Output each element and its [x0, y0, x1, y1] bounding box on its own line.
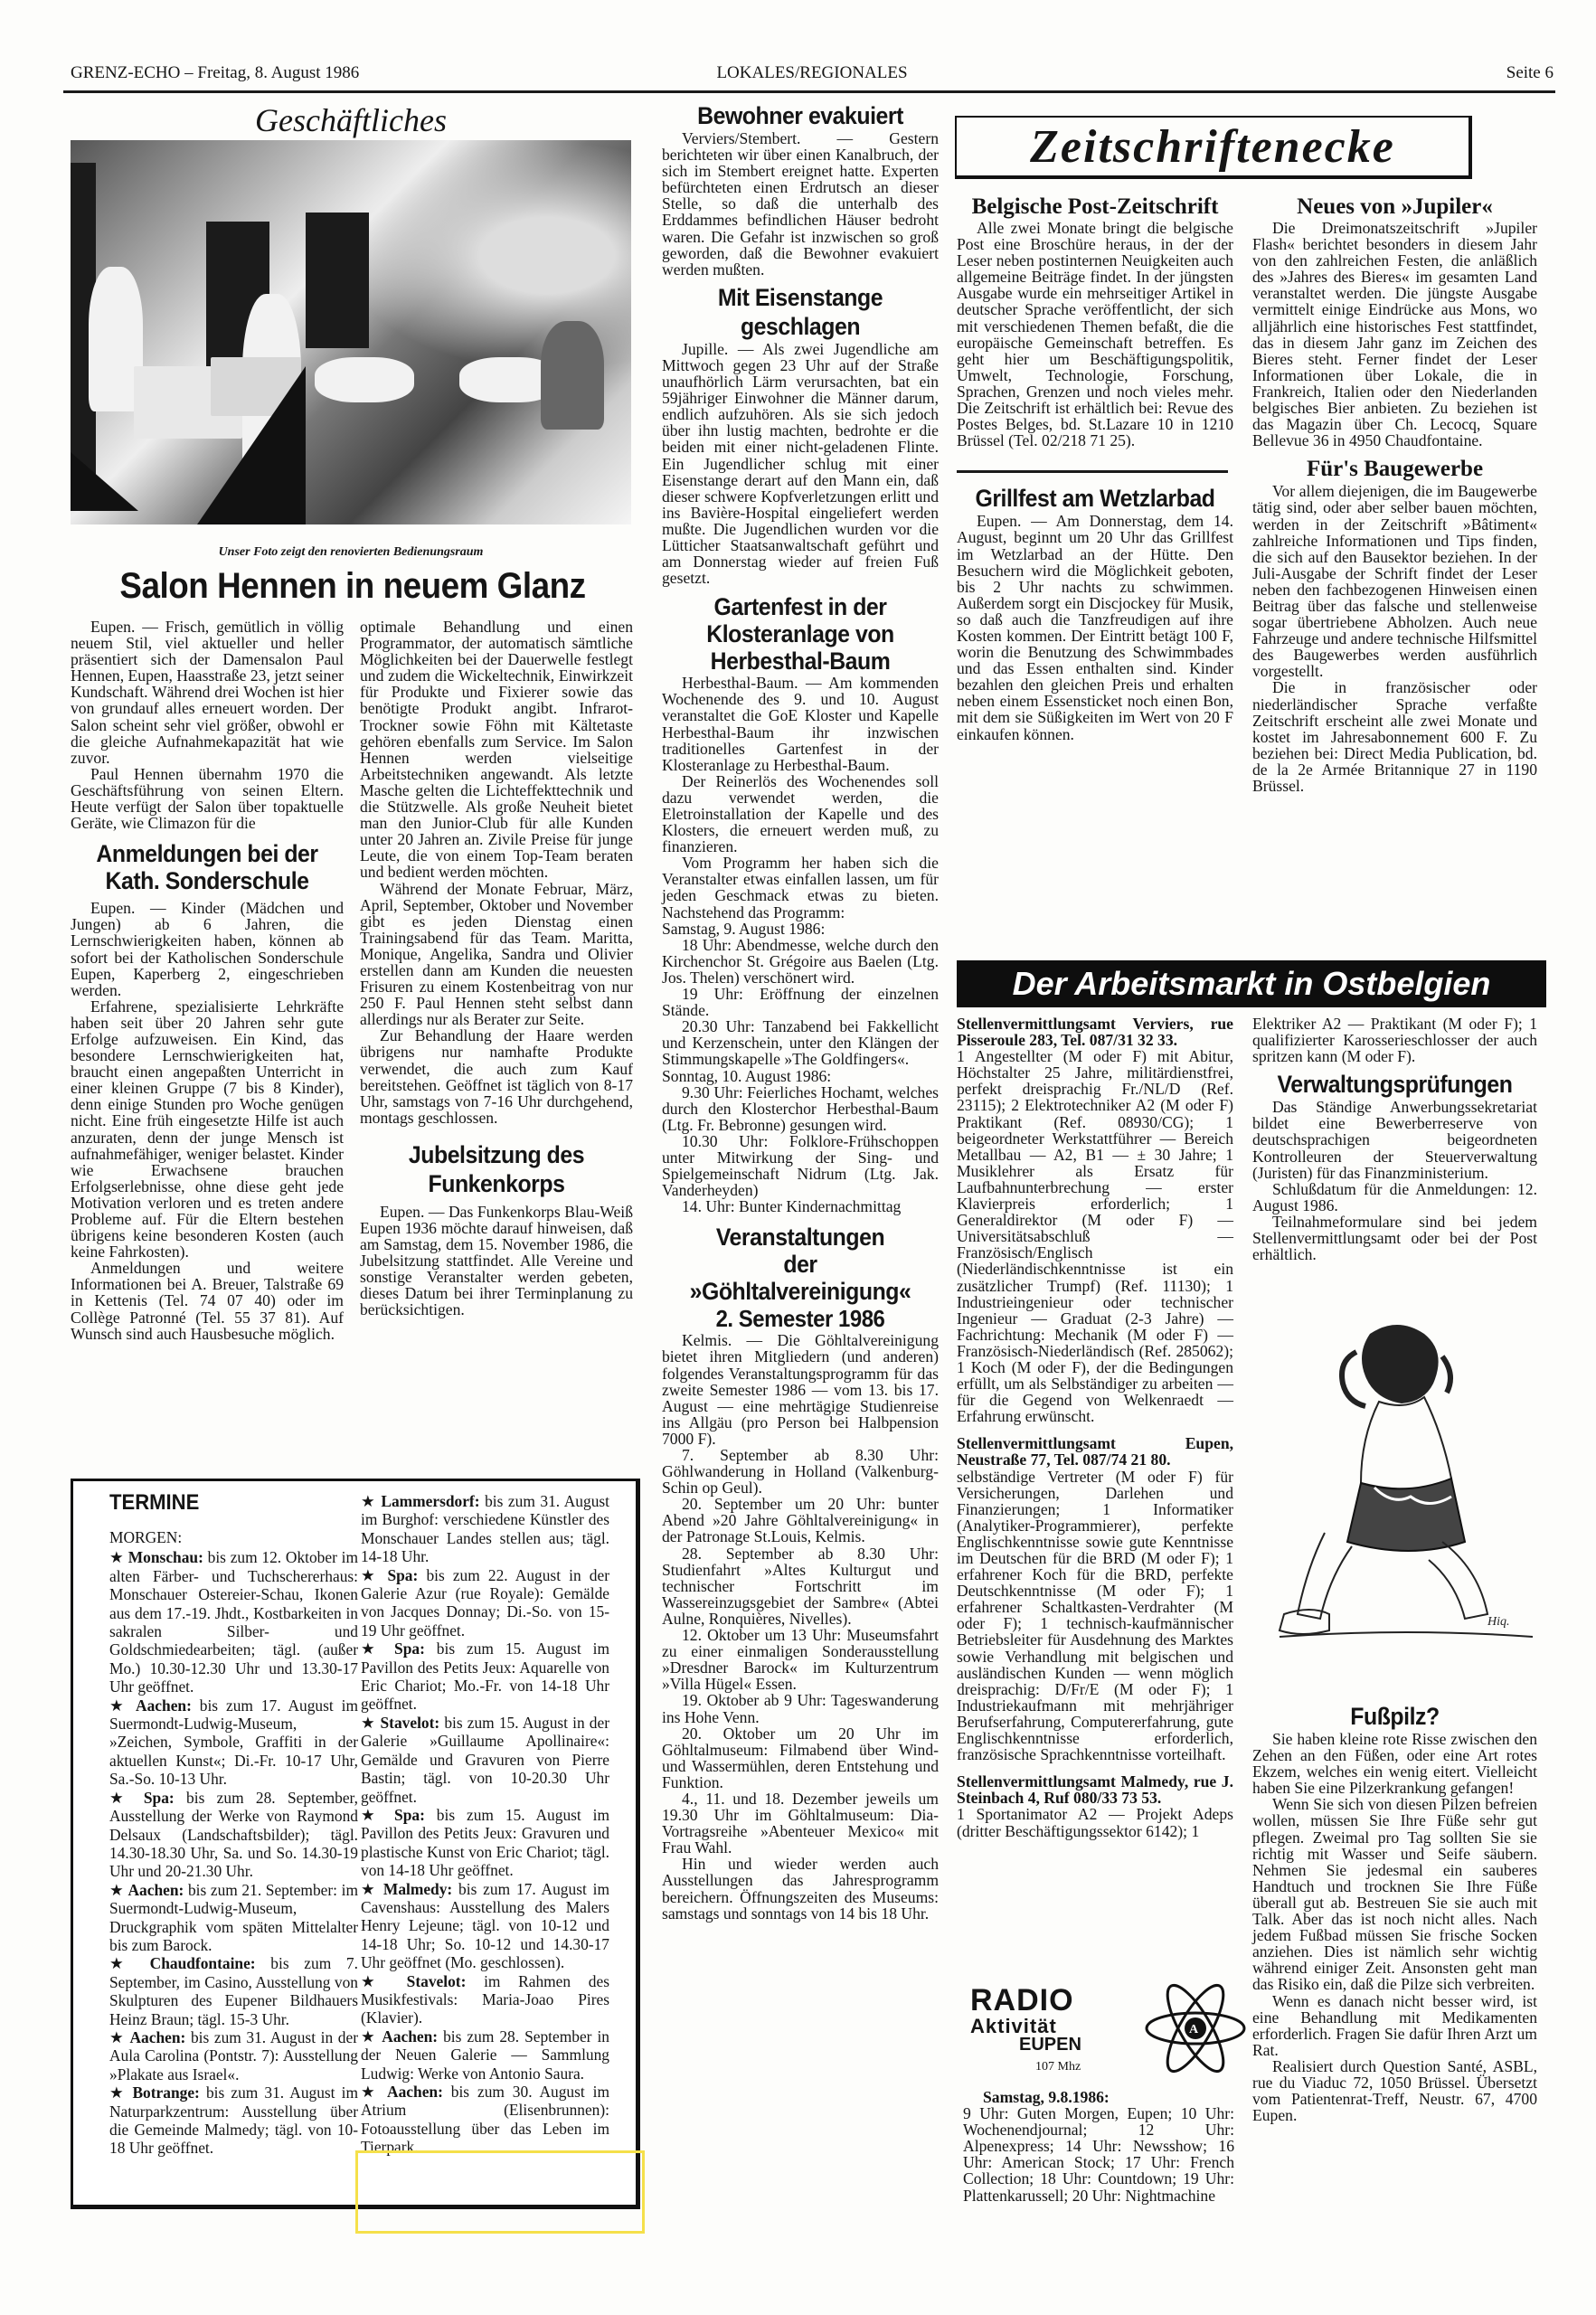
svg-text:A: A: [1189, 2023, 1199, 2036]
paragraph: 4., 11. und 18. Dezember jeweils um 19.3…: [662, 1791, 939, 1856]
job-list-continued: Elektriker A2 — Praktikant (M oder F); 1…: [1252, 1016, 1537, 1064]
paragraph: Die Dreimonatszeitschrift »Jupiler Flash…: [1252, 220, 1537, 449]
program-day: Sonntag, 10. August 1986:: [662, 1068, 939, 1084]
paragraph: 19. Oktober ab 9 Uhr: Tageswanderung ins…: [662, 1692, 939, 1724]
section-title-geschaeftliches: Geschäftliches: [71, 101, 631, 139]
termine-item-highlighted: ★ Aachen: bis zum 30. August im Atrium (…: [361, 2083, 609, 2157]
job-list-eupen: selbständige Vertreter (M oder F) für Ve…: [957, 1469, 1233, 1763]
termine-item: ★ Lammersdorf: bis zum 31. August im Bur…: [361, 1492, 609, 1566]
paragraph: Anmeldungen und weitere Informationen be…: [71, 1260, 344, 1341]
paragraph: Kelmis. — Die Göhltalvereinigung bietet …: [662, 1332, 939, 1447]
paragraph: 7. September ab 8.30 Uhr: Göhlwanderung …: [662, 1447, 939, 1496]
zeitschriftenecke-banner: Zeitschriftenecke: [955, 116, 1472, 179]
salon-article-left: Eupen. — Frisch, gemütlich in völlig neu…: [71, 619, 344, 1342]
job-list-malmedy: 1 Sportanimator A2 — Projekt Adeps (drit…: [957, 1806, 1233, 1838]
paragraph: Wenn Sie sich von diesen Pilzen befreien…: [1252, 1796, 1537, 1992]
masthead: GRENZ-ECHO – Freitag, 8. August 1986 LOK…: [71, 63, 1554, 89]
arbeitsmarkt-title: Der Arbeitsmarkt in Ostbelgien: [957, 960, 1546, 1007]
paragraph: Realisiert durch Question Santé, ASBL, r…: [1252, 2058, 1537, 2123]
office-heading-malmedy: Stellenvermittlungsamt Malmedy, rue J. S…: [957, 1773, 1233, 1806]
divider: [957, 470, 1228, 473]
radio-logo-line3: EUPEN: [1019, 2035, 1081, 2055]
termine-item: ★ Stavelot: bis zum 15. August in der Ga…: [361, 1714, 609, 1806]
masthead-rule: [63, 90, 1555, 93]
paragraph: Eupen. — Das Funkenkorps Blau-Weiß Eupen…: [360, 1204, 633, 1318]
column-4: Neues von »Jupiler« Die Dreimonatszeitsc…: [1252, 194, 1537, 794]
headline-sonderschule: Anmeldungen bei der Kath. Sonderschule: [81, 840, 333, 894]
headline-jupiler: Neues von »Jupiler«: [1252, 194, 1537, 220]
illustration-signature: Hiq.: [1487, 1615, 1510, 1629]
program-item: 19 Uhr: Eröffnung der einzelnen Stände.: [662, 986, 939, 1018]
headline-grillfest: Grillfest am Wetzlarbad: [968, 484, 1223, 513]
fusspilz-article: Fußpilz? Sie haben kleine rote Risse zwi…: [1252, 1702, 1537, 2123]
paragraph: Alle zwei Monate bringt die belgische Po…: [957, 220, 1233, 449]
zeitschriftenecke-title: Zeitschriftenecke: [957, 118, 1469, 177]
office-heading-eupen: Stellenvermittlungsamt Eupen, Neustraße …: [957, 1435, 1233, 1468]
termine-left-column: MORGEN: ★ Monschau: bis zum 12. Oktober …: [109, 1528, 358, 2158]
paragraph: Jupille. — Als zwei Jugendliche am Mittw…: [662, 341, 939, 586]
program-item: 14. Uhr: Bunter Kindernachmittag: [662, 1198, 939, 1214]
masthead-page: Seite 6: [1506, 63, 1554, 83]
headline-gartenfest: Gartenfest in der Klosteranlage von Herb…: [673, 593, 928, 675]
radio-day: Samstag, 9.8.1986:: [963, 2089, 1234, 2105]
paragraph: Vom Programm her haben sich die Veransta…: [662, 855, 939, 920]
paragraph: Während der Monate Februar, März, April,…: [360, 881, 633, 1028]
radio-logo-line1: RADIO: [970, 1983, 1074, 2018]
paragraph: 20. September um 20 Uhr: bunter Abend »2…: [662, 1496, 939, 1545]
job-list-verviers: 1 Angestellter (M oder F) mit Abitur, Hö…: [957, 1048, 1233, 1424]
radio-schedule: 9 Uhr: Guten Morgen, Eupen; 10 Uhr: Woch…: [963, 2105, 1234, 2204]
termine-item: ★ Aachen: bis zum 28. September in der N…: [361, 2027, 609, 2083]
paragraph: Hin und wieder werden auch Ausstellungen…: [662, 1856, 939, 1921]
paragraph: 12. Oktober um 13 Uhr: Museumsfahrt zu e…: [662, 1627, 939, 1692]
paragraph: Paul Hennen übernahm 1970 die Geschäftsf…: [71, 766, 344, 831]
headline-verwaltung: Verwaltungsprüfungen: [1264, 1070, 1526, 1099]
paragraph: 28. September ab 8.30 Uhr: Studienfahrt …: [662, 1545, 939, 1627]
headline-funkenkorps: Jubelsitzung des Funkenkorps: [371, 1140, 622, 1198]
paragraph: Eupen. — Am Donnerstag, dem 14. August, …: [957, 513, 1233, 742]
termine-item: ★ Monschau: bis zum 12. Oktober im alten…: [109, 1548, 358, 1696]
termine-right-column: ★ Lammersdorf: bis zum 31. August im Bur…: [361, 1492, 609, 2157]
headline-evakuiert: Bewohner evakuiert: [673, 101, 928, 130]
termine-item: ★ Malmedy: bis zum 17. August im Cavensh…: [361, 1880, 609, 1972]
radio-program: Samstag, 9.8.1986: 9 Uhr: Guten Morgen, …: [963, 2089, 1234, 2204]
office-heading-verviers: Stellenvermittlungsamt Verviers, rue Pis…: [957, 1016, 1233, 1048]
termine-item: ★ Spa: bis zum 28. September, Ausstellun…: [109, 1789, 358, 1881]
atom-icon: A: [1144, 1979, 1248, 2078]
termine-item: ★ Aachen: bis zum 21. September: im Suer…: [109, 1881, 358, 1955]
termine-item: ★ Aachen: bis zum 17. August im Suermond…: [109, 1696, 358, 1789]
salon-photo: [71, 140, 631, 524]
paragraph: 20. Oktober um 20 Uhr im Göhltalmuseum: …: [662, 1725, 939, 1791]
radio-logo: RADIO Aktivität EUPEN 107 Mhz A: [963, 1979, 1243, 2087]
headline-salon: Salon Hennen in neuem Glanz: [87, 565, 619, 607]
highlight-box: [355, 2150, 645, 2234]
termine-box: TERMINE MORGEN: ★ Monschau: bis zum 12. …: [71, 1479, 640, 2209]
termine-item: ★ Spa: bis zum 15. August im Pavillon de…: [361, 1806, 609, 1880]
termine-title: TERMINE: [109, 1490, 199, 1516]
termine-item: ★ Aachen: bis zum 31. August in der Aula…: [109, 2028, 358, 2083]
termine-item: ★ Botrange: bis zum 31. August im Naturp…: [109, 2083, 358, 2158]
termine-item: ★ Spa: bis zum 22. August in der Galerie…: [361, 1566, 609, 1640]
arbeitsmarkt-column: Stellenvermittlungsamt Verviers, rue Pis…: [957, 1016, 1233, 1839]
arbeitsmarkt-column-right: Elektriker A2 — Praktikant (M oder F); 1…: [1252, 1016, 1537, 1262]
paragraph: optimale Behandlung und einen Programmat…: [360, 619, 633, 881]
paragraph: Teilnahmeformulare sind bei jedem Stelle…: [1252, 1214, 1537, 1262]
photo-caption: Unser Foto zeigt den renovierten Bedienu…: [71, 545, 631, 560]
paragraph: Schlußdatum für die Anmeldungen: 12. Aug…: [1252, 1181, 1537, 1214]
paragraph: Sie haben kleine rote Risse zwischen den…: [1252, 1731, 1537, 1796]
column-3: Belgische Post-Zeitschrift Alle zwei Mon…: [957, 194, 1233, 742]
arbeitsmarkt-banner: Der Arbeitsmarkt in Ostbelgien: [957, 960, 1546, 1007]
paragraph: Der Reinerlös des Wochenendes soll dazu …: [662, 773, 939, 855]
paragraph: Zur Behandlung der Haare werden übrigens…: [360, 1027, 633, 1126]
paragraph: Vor allem diejenigen, die im Baugewerbe …: [1252, 483, 1537, 679]
paragraph: Verviers/Stembert. — Gestern berichteten…: [662, 130, 939, 278]
termine-item: ★ Spa: bis zum 15. August im Pavillon de…: [361, 1639, 609, 1714]
program-day: Samstag, 9. August 1986:: [662, 921, 939, 937]
headline-baugewerbe: Für's Baugewerbe: [1252, 456, 1537, 483]
salon-article-right: optimale Behandlung und einen Programmat…: [360, 619, 633, 1318]
headline-post-zeitschrift: Belgische Post-Zeitschrift: [957, 194, 1233, 220]
program-item: 10.30 Uhr: Folklore-Frühschoppen unter M…: [662, 1133, 939, 1198]
termine-subtitle: MORGEN:: [109, 1528, 358, 1546]
radio-frequency: 107 Mhz: [1035, 2060, 1081, 2074]
paragraph: Die in französischer oder niederländisch…: [1252, 679, 1537, 794]
paragraph: Das Ständige Anwerbungssekretariat bilde…: [1252, 1099, 1537, 1180]
program-item: 20.30 Uhr: Tanzabend bei Fakkellicht und…: [662, 1018, 939, 1067]
program-item: 9.30 Uhr: Feierliches Hochamt, welches d…: [662, 1084, 939, 1133]
termine-item: ★ Chaudfontaine: bis zum 7. September, i…: [109, 1954, 358, 2028]
paragraph: Eupen. — Kinder (Mädchen und Jungen) ab …: [71, 900, 344, 998]
headline-eisenstange: Mit Eisenstange geschlagen: [673, 283, 928, 341]
program-item: 18 Uhr: Abendmesse, welche durch den Kir…: [662, 937, 939, 986]
woman-foot-illustration: Hiq.: [1270, 1316, 1533, 1687]
paragraph: Eupen. — Frisch, gemütlich in völlig neu…: [71, 619, 344, 766]
termine-item: ★ Stavelot: im Rahmen des Musikfestivals…: [361, 1972, 609, 2027]
column-2: Bewohner evakuiert Verviers/Stembert. — …: [662, 101, 939, 1922]
paragraph: Erfahrene, spezialisierte Lehrkräfte hab…: [71, 998, 344, 1261]
headline-fusspilz: Fußpilz?: [1264, 1702, 1526, 1731]
masthead-section: LOKALES/REGIONALES: [71, 63, 1554, 83]
paragraph: Herbesthal-Baum. — Am kommenden Wochenen…: [662, 675, 939, 773]
headline-goehltal: Veranstaltungen der »Göhltalvereinigung«…: [662, 1224, 939, 1332]
paragraph: Wenn es danach nicht besser wird, ist ei…: [1252, 1993, 1537, 2058]
